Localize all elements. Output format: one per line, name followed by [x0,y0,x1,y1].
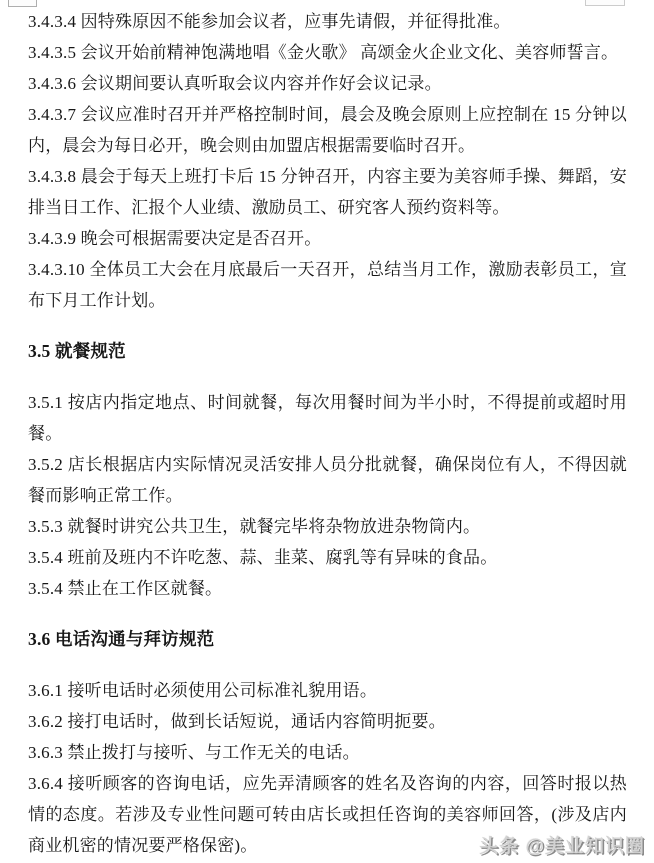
rule-3-4-3-10: 3.4.3.10 全体员工大会在月底最后一天召开，总结当月工作，激励表彰员工，宣… [28,254,627,316]
rule-3-4-3-7: 3.4.3.7 会议应准时召开并严格控制时间，晨会及晚会原则上应控制在 15 分… [28,99,627,161]
cropped-ui-artifact-right [585,0,625,6]
rule-3-6-3: 3.6.3 禁止拨打与接听、与工作无关的电话。 [28,737,627,768]
rule-3-6-1: 3.6.1 接听电话时必须使用公司标准礼貌用语。 [28,675,627,706]
rule-3-4-3-4: 3.4.3.4 因特殊原因不能参加会议者，应事先请假，并征得批准。 [28,6,627,37]
document-page: 3.4.3.4 因特殊原因不能参加会议者，应事先请假，并征得批准。 3.4.3.… [0,0,654,863]
rule-3-4-3-5: 3.4.3.5 会议开始前精神饱满地唱《金火歌》 高颂金火企业文化、美容师誓言。 [28,37,627,68]
section-heading-3-6: 3.6 电话沟通与拜访规范 [28,624,627,655]
rule-3-4-3-8: 3.4.3.8 晨会于每天上班打卡后 15 分钟召开，内容主要为美容师手操、舞蹈… [28,161,627,223]
cropped-ui-artifact-left [8,0,37,7]
rule-3-6-2: 3.6.2 接打电话时，做到长话短说，通话内容简明扼要。 [28,706,627,737]
rule-3-5-4b: 3.5.4 禁止在工作区就餐。 [28,573,627,604]
rule-3-5-2: 3.5.2 店长根据店内实际情况灵活安排人员分批就餐，确保岗位有人，不得因就餐而… [28,449,627,511]
section-heading-3-5: 3.5 就餐规范 [28,336,627,367]
rule-3-5-4a: 3.5.4 班前及班内不许吃葱、蒜、韭菜、腐乳等有异味的食品。 [28,542,627,573]
toutiao-watermark: 头条 @美业知识圈 [479,831,645,858]
rule-3-4-3-6: 3.4.3.6 会议期间要认真听取会议内容并作好会议记录。 [28,68,627,99]
rule-3-5-1: 3.5.1 按店内指定地点、时间就餐，每次用餐时间为半小时，不得提前或超时用餐。 [28,387,627,449]
rule-3-4-3-9: 3.4.3.9 晚会可根据需要决定是否召开。 [28,223,627,254]
rule-3-5-3: 3.5.3 就餐时讲究公共卫生，就餐完毕将杂物放进杂物筒内。 [28,511,627,542]
